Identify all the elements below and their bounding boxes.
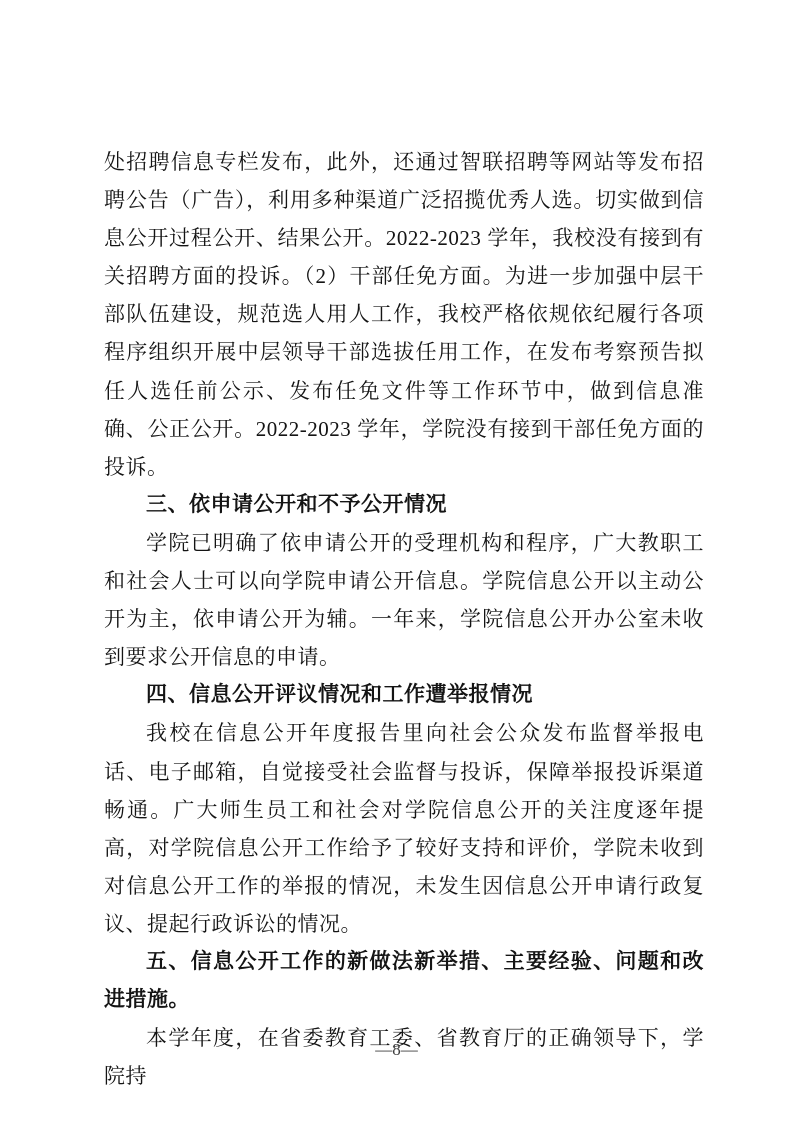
section-heading-5: 五、信息公开工作的新做法新举措、主要经验、问题和改进措施。 — [104, 943, 704, 1019]
section-heading-4: 四、信息公开评议情况和工作遭举报情况 — [104, 676, 704, 714]
document-page: 处招聘信息专栏发布，此外，还通过智联招聘等网站等发布招聘公告（广告），利用多种渠… — [0, 0, 793, 1122]
page-number: —8— — [375, 1040, 418, 1059]
paragraph-recruitment-continuation: 处招聘信息专栏发布，此外，还通过智联招聘等网站等发布招聘公告（广告），利用多种渠… — [104, 143, 704, 486]
paragraph-section-4: 我校在信息公开年度报告里向社会公众发布监督举报电话、电子邮箱，自觉接受社会监督与… — [104, 714, 704, 943]
paragraph-section-3: 学院已明确了依申请公开的受理机构和程序，广大教职工和社会人士可以向学院申请公开信… — [104, 524, 704, 676]
section-heading-3: 三、依申请公开和不予公开情况 — [104, 486, 704, 524]
page-footer: —8— — [0, 1038, 793, 1062]
document-body: 处招聘信息专栏发布，此外，还通过智联招聘等网站等发布招聘公告（广告），利用多种渠… — [104, 143, 704, 1095]
